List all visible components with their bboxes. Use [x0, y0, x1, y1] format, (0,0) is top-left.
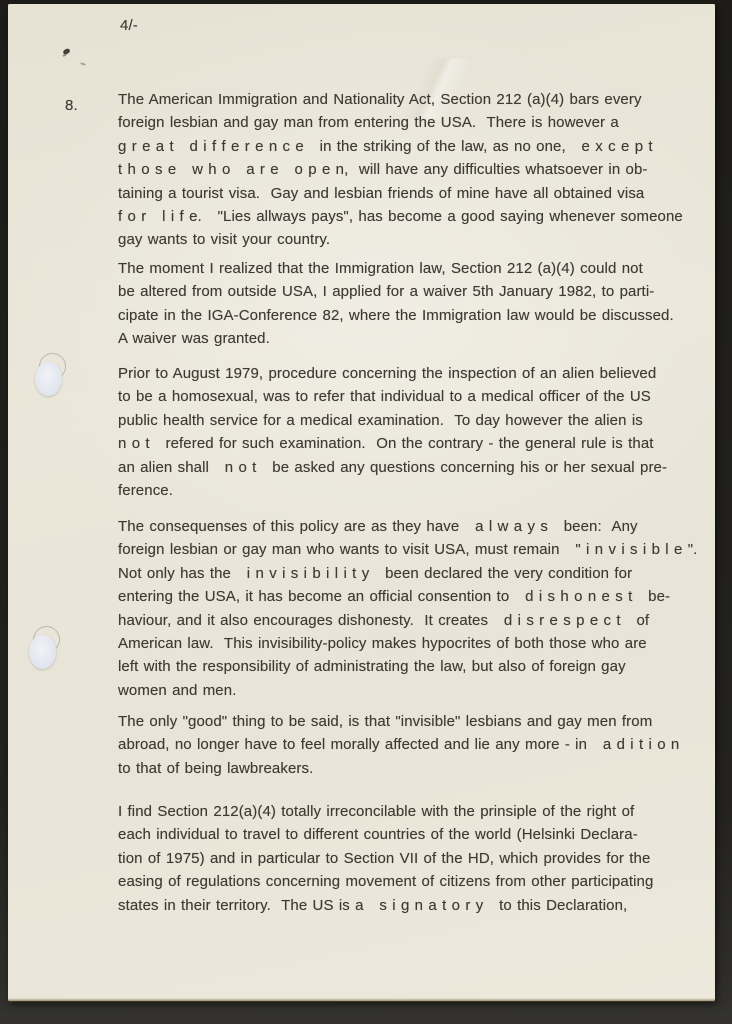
- photo-background: 4/- 8. The American Immigration and Nati…: [0, 0, 732, 1024]
- ink-speck: [80, 62, 86, 66]
- paragraph-inspection-procedure: Prior to August 1979, procedure concerni…: [118, 362, 722, 502]
- paragraph-waiver: The moment I realized that the Immigrati…: [118, 257, 722, 351]
- paragraph-immigration-act: The American Immigration and Nationality…: [118, 88, 722, 252]
- paragraph-helsinki-declaration: I find Section 212(a)(4) totally irrecon…: [118, 800, 722, 917]
- ink-mark: [62, 48, 70, 55]
- paragraph-good-thing: The only "good" thing to be said, is tha…: [118, 710, 722, 780]
- document-page: 4/- 8. The American Immigration and Nati…: [8, 4, 715, 1001]
- hole-punch-bottom: [29, 626, 61, 674]
- hole-punch-top: [35, 353, 67, 401]
- page-number: 4/-: [120, 14, 138, 37]
- list-item-number: 8.: [65, 94, 78, 117]
- paragraph-consequences: The consequenses of this policy are as t…: [118, 515, 722, 702]
